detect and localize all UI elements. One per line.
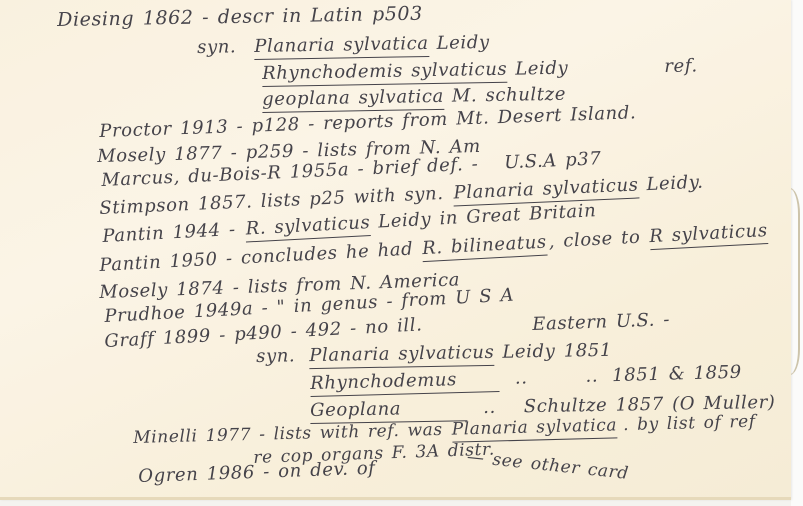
handwritten-text: Ogren 1986 - on dev. of [138, 459, 376, 487]
scanned-document: Diesing 1862 - descr in Latin p503syn.Pl… [0, 0, 803, 506]
handwritten-text: Leidy [515, 59, 568, 80]
handwritten-line: Rhynchodemis sylvaticusLeidyref. [262, 56, 698, 86]
handwritten-text: Leidy [436, 33, 489, 54]
underlined-taxon-name: Rhynchodemus [310, 369, 499, 397]
underlined-taxon-name: Planaria sylvatica [452, 416, 618, 442]
index-card: Diesing 1862 - descr in Latin p503syn.Pl… [0, 0, 791, 500]
underlined-taxon-name: R. bilineatus [422, 233, 548, 262]
handwritten-text: syn. [197, 37, 236, 57]
handwritten-text: . by list of ref [623, 413, 756, 435]
underlined-taxon-name: Rhynchodemis sylvaticus [262, 60, 508, 87]
handwritten-text: U.S.A p37 [504, 149, 602, 173]
handwritten-line: syn.Planaria sylvaticaLeidy [197, 33, 490, 61]
underlined-taxon-name: Planaria sylvatica [254, 34, 429, 60]
handwritten-text: Diesing 1862 - descr in Latin p503 [57, 4, 423, 31]
handwritten-text: syn. [256, 346, 295, 366]
handwritten-text: .. [483, 398, 496, 418]
underlined-taxon-name: Planaria sylvaticus [309, 343, 494, 369]
handwritten-text: , close to [548, 228, 641, 253]
underlined-taxon-name: R sylvaticus [649, 221, 768, 250]
handwritten-text: Leidy 1851 [502, 341, 612, 363]
handwritten-line: Eastern U.S. - [532, 310, 670, 335]
handwritten-line: syn.Planaria sylvaticusLeidy 1851 [256, 341, 612, 370]
handwritten-text: ref. [664, 56, 698, 76]
handwritten-text: Pantin 1944 - [102, 220, 236, 247]
handwritten-text: — see other card [466, 448, 630, 484]
handwritten-text: M. schultze [452, 85, 566, 107]
handwritten-line: Ogren 1986 - on dev. of [138, 459, 376, 487]
handwritten-text: .. [585, 366, 598, 386]
handwritten-line: Diesing 1862 - descr in Latin p503 [57, 4, 423, 31]
underlined-taxon-name: R. sylvaticus [245, 213, 371, 242]
handwritten-text: 1851 & 1859 [612, 363, 742, 386]
handwritten-text: Leidy. [646, 173, 704, 195]
handwritten-line: Rhynchodemus....1851 & 1859 [310, 363, 742, 397]
handwritten-line: — see other card [466, 448, 630, 484]
handwritten-text: Eastern U.S. - [532, 310, 670, 335]
handwritten-text: .. [515, 368, 528, 388]
